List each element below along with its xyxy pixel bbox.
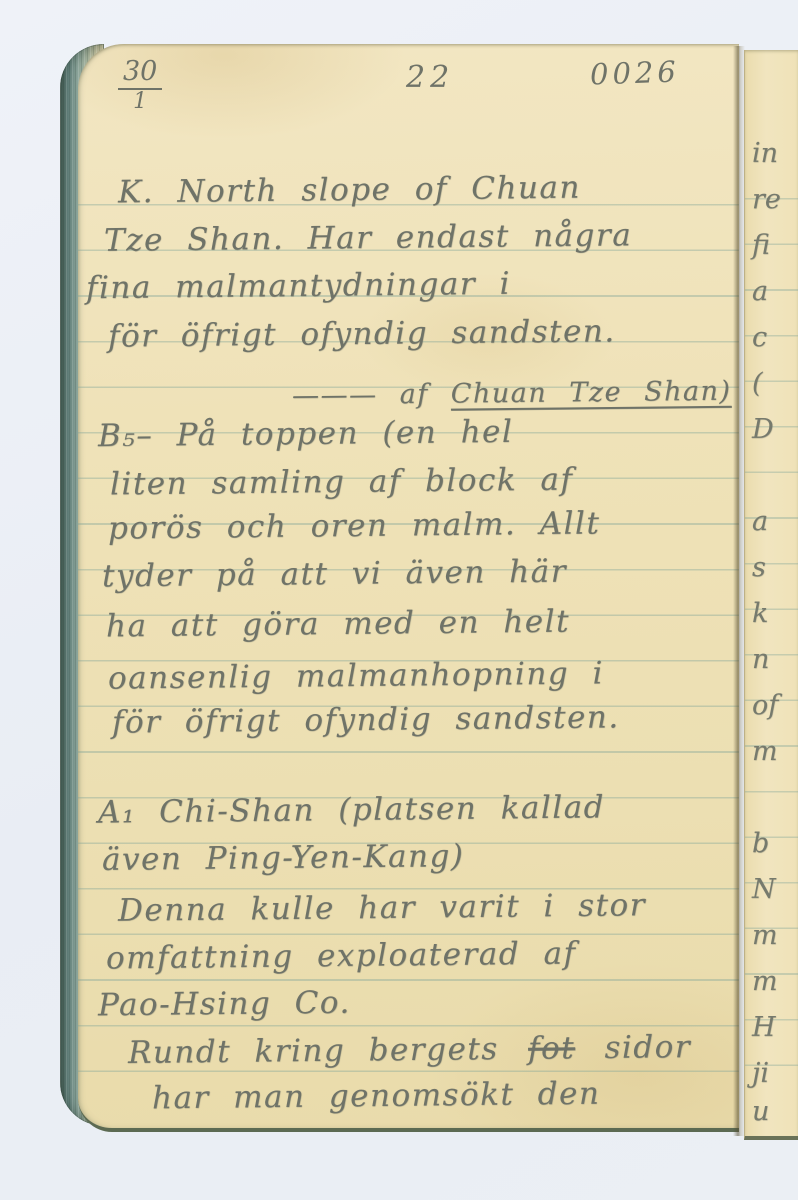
- handwritten-line-2: Tze Shan. Har endast några: [104, 217, 633, 259]
- line-fragment: u: [752, 1096, 769, 1127]
- line-fragment: of: [752, 690, 778, 721]
- line-fragment: c: [752, 322, 767, 353]
- strike-line-pre: Rundt kring bergets: [128, 1031, 499, 1071]
- handwritten-line-13: även Ping-Yen-Kang): [102, 838, 465, 878]
- strikethrough-line: Rundt kring bergets fot sidor: [128, 1029, 692, 1071]
- line-fragment: m: [752, 920, 778, 951]
- handwritten-line-4: för öfrigt ofyndig sandsten.: [108, 313, 616, 354]
- date-denominator: 1: [118, 90, 162, 114]
- line-fragment: fi: [752, 230, 770, 261]
- handwritten-line-7: porös och oren malm. Allt: [108, 505, 601, 546]
- line-fragment: re: [752, 184, 781, 215]
- line-fragment: s: [752, 552, 766, 583]
- handwritten-line-8: tyder på att vi även här: [102, 554, 567, 595]
- line-fragment: N: [752, 874, 776, 905]
- date-fraction: 30 1: [118, 56, 162, 114]
- line-fragment: a: [752, 276, 768, 307]
- line-fragment: H: [752, 1012, 776, 1043]
- line-fragment: k: [752, 598, 768, 629]
- handwritten-line-6: liten samling af block af: [110, 462, 574, 503]
- line-fragment: ji: [752, 1058, 769, 1089]
- handwriting-layer: 30 1 22 0026 K. North slope of Chuan Tze…: [0, 0, 798, 1200]
- handwritten-line-3: fina malmantydningar i: [86, 266, 511, 306]
- insertion-dash: ———: [292, 379, 378, 411]
- insertion-underlined-text: Chuan Tze Shan): [451, 376, 732, 410]
- line-fragment: (: [752, 368, 763, 399]
- folio-number: 0026: [589, 54, 680, 91]
- line-fragment: n: [752, 644, 769, 675]
- handwritten-line-9: ha att göra med en helt: [106, 604, 570, 645]
- insertion-line: ——— af Chuan Tze Shan): [292, 376, 732, 412]
- line-fragment: m: [752, 736, 778, 767]
- strike-line-post: sidor: [604, 1029, 691, 1066]
- handwritten-line-15: omfattning exploaterad af: [106, 936, 577, 977]
- handwritten-line-5: B₅– På toppen (en hel: [98, 414, 514, 454]
- handwritten-line-12: A₁ Chi-Shan (platsen kallad: [98, 789, 605, 830]
- line-fragment: b: [752, 828, 769, 859]
- struck-word: fot: [522, 1030, 581, 1067]
- line-fragment: in: [752, 138, 778, 169]
- handwritten-line-16: Pao-Hsing Co.: [98, 985, 351, 1024]
- line-fragment: a: [752, 506, 768, 537]
- date-numerator: 30: [118, 56, 162, 90]
- handwritten-line-14: Denna kulle har varit i stor: [118, 887, 646, 929]
- handwritten-line-1: K. North slope of Chuan: [118, 170, 581, 211]
- insertion-lead: af: [399, 379, 428, 410]
- handwritten-line-10: oansenlig malmanhopning i: [108, 655, 604, 696]
- page-number: 22: [406, 60, 454, 95]
- line-fragment: m: [752, 966, 778, 997]
- notebook-scan: 30 1 22 0026 K. North slope of Chuan Tze…: [0, 0, 798, 1200]
- line-fragment: D: [752, 414, 774, 445]
- handwritten-line-17: har man genomsökt den: [152, 1076, 601, 1117]
- handwritten-line-11: för öfrigt ofyndig sandsten.: [112, 699, 620, 740]
